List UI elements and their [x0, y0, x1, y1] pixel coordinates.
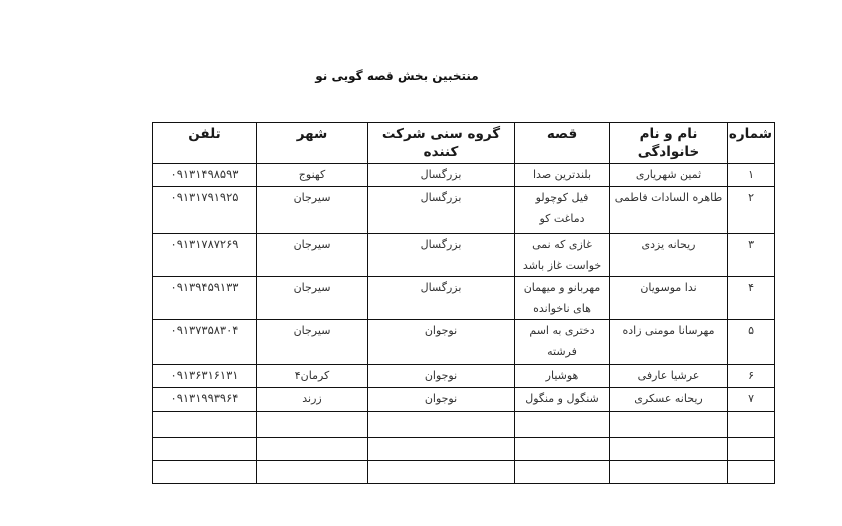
empty-cell [515, 412, 610, 438]
cell-city: سیرجان [257, 234, 368, 277]
header-city: شهر [257, 123, 368, 164]
cell-age-group: بزرگسال [368, 187, 515, 234]
empty-cell [368, 412, 515, 438]
cell-story: مهربانو و میهمان های ناخوانده [515, 277, 610, 320]
empty-cell [257, 461, 368, 484]
cell-age-group: نوجوان [368, 320, 515, 365]
cell-name: طاهره السادات فاطمی [610, 187, 728, 234]
empty-cell [610, 461, 728, 484]
empty-row [153, 438, 775, 461]
empty-cell [153, 461, 257, 484]
cell-city: کرمان۴ [257, 365, 368, 388]
table-row: ۱ ثمین شهریاری بلندترین صدا بزرگسال کهنو… [153, 164, 775, 187]
empty-cell [257, 438, 368, 461]
cell-number: ۳ [728, 234, 775, 277]
cell-number: ۶ [728, 365, 775, 388]
empty-cell [153, 438, 257, 461]
table-row: ۳ ریحانه یزدی غازی که نمی خواست غاز باشد… [153, 234, 775, 277]
header-story: قصه [515, 123, 610, 164]
winners-table: شماره نام و نام خانوادگی قصه گروه سنی شر… [152, 122, 775, 484]
cell-story: هوشیار [515, 365, 610, 388]
empty-cell [610, 412, 728, 438]
table-row: ۷ ریحانه عسکری شنگول و منگول نوجوان زرند… [153, 388, 775, 412]
cell-phone: ۰۹۱۳۱۴۹۸۵۹۳ [153, 164, 257, 187]
table-row: ۴ ندا موسویان مهربانو و میهمان های ناخوا… [153, 277, 775, 320]
cell-phone: ۰۹۱۳۱۷۸۷۲۶۹ [153, 234, 257, 277]
header-phone: تلفن [153, 123, 257, 164]
cell-story: شنگول و منگول [515, 388, 610, 412]
cell-number: ۵ [728, 320, 775, 365]
cell-phone: ۰۹۱۳۶۳۱۶۱۳۱ [153, 365, 257, 388]
empty-row [153, 412, 775, 438]
empty-cell [368, 438, 515, 461]
cell-phone: ۰۹۱۳۱۹۹۳۹۶۴ [153, 388, 257, 412]
header-name: نام و نام خانوادگی [610, 123, 728, 164]
cell-number: ۲ [728, 187, 775, 234]
empty-row [153, 461, 775, 484]
cell-number: ۱ [728, 164, 775, 187]
cell-city: کهنوج [257, 164, 368, 187]
cell-name: مهرسانا مومنی زاده [610, 320, 728, 365]
cell-story: دختری به اسم فرشته [515, 320, 610, 365]
cell-phone: ۰۹۱۳۷۳۵۸۳۰۴ [153, 320, 257, 365]
table-row: ۲ طاهره السادات فاطمی فیل کوچولو دماغت ک… [153, 187, 775, 234]
header-row: شماره نام و نام خانوادگی قصه گروه سنی شر… [153, 123, 775, 164]
header-number: شماره [728, 123, 775, 164]
table-row: ۶ عرشیا عارفی هوشیار نوجوان کرمان۴ ۰۹۱۳۶… [153, 365, 775, 388]
cell-city: زرند [257, 388, 368, 412]
cell-age-group: نوجوان [368, 365, 515, 388]
cell-age-group: نوجوان [368, 388, 515, 412]
cell-city: سیرجان [257, 277, 368, 320]
cell-story: بلندترین صدا [515, 164, 610, 187]
cell-name: ریحانه عسکری [610, 388, 728, 412]
cell-name: ریحانه یزدی [610, 234, 728, 277]
empty-cell [515, 438, 610, 461]
cell-age-group: بزرگسال [368, 277, 515, 320]
empty-cell [515, 461, 610, 484]
cell-story: فیل کوچولو دماغت کو [515, 187, 610, 234]
empty-cell [728, 461, 775, 484]
cell-story: غازی که نمی خواست غاز باشد [515, 234, 610, 277]
empty-cell [728, 438, 775, 461]
table-row: ۵ مهرسانا مومنی زاده دختری به اسم فرشته … [153, 320, 775, 365]
cell-name: ندا موسویان [610, 277, 728, 320]
cell-phone: ۰۹۱۳۱۷۹۱۹۲۵ [153, 187, 257, 234]
document-title: منتخبین بخش قصه گویی نو [0, 69, 842, 83]
empty-cell [153, 412, 257, 438]
cell-age-group: بزرگسال [368, 234, 515, 277]
cell-name: ثمین شهریاری [610, 164, 728, 187]
cell-number: ۴ [728, 277, 775, 320]
empty-cell [728, 412, 775, 438]
empty-cell [610, 438, 728, 461]
cell-name: عرشیا عارفی [610, 365, 728, 388]
cell-number: ۷ [728, 388, 775, 412]
empty-cell [257, 412, 368, 438]
cell-city: سیرجان [257, 187, 368, 234]
empty-cell [368, 461, 515, 484]
cell-city: سیرجان [257, 320, 368, 365]
cell-age-group: بزرگسال [368, 164, 515, 187]
header-age-group: گروه سنی شرکت کننده [368, 123, 515, 164]
cell-phone: ۰۹۱۳۹۴۵۹۱۳۳ [153, 277, 257, 320]
